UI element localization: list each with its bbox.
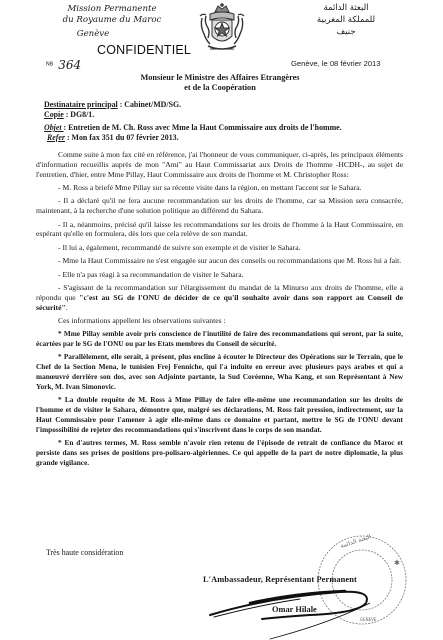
minurso-paragraph: - S'agissant de la recommandation sur l'… (36, 283, 403, 312)
objet-label: Objet (44, 123, 64, 132)
copie-value: : DG8/1. (64, 110, 94, 119)
reference-number-value: 364 (58, 58, 81, 72)
minurso-quote: "c'est au SG de l'ONU de décider de ce q… (36, 293, 403, 312)
meta-block: Destinataire principal : Cabinet/MD/SG. … (44, 100, 342, 143)
reference-prefix: NB (46, 62, 53, 68)
mission-header-arabic: البعثة الدائمة للمملكة المغربية جنيف (286, 2, 406, 38)
moroccan-coat-of-arms-icon (196, 2, 248, 54)
destinataire-row: Destinataire principal : Cabinet/MD/SG. (44, 100, 342, 110)
mission-header-french: Mission Permanente du Royaume du Maroc G… (52, 4, 172, 40)
observation-paragraph: * La double requête de M. Ross à Mme Pil… (36, 395, 403, 434)
mission-line-2: du Royaume du Maroc (52, 15, 172, 26)
objet-row: Objet : Entretien de M. Ch. Ross avec Mm… (44, 123, 342, 133)
point-paragraph: - Il a déclaré qu'il ne fera aucune reco… (36, 196, 403, 216)
observations-intro: Ces informations appellent les observati… (36, 316, 403, 326)
refer-value: : Mon fax 351 du 07 février 2013. (65, 133, 179, 142)
addressee-line-1: Monsieur le Ministre des Affaires Etrang… (100, 73, 340, 83)
mission-line-1: Mission Permanente (52, 4, 172, 15)
point-paragraph: - Mme la Haut Commissaire ne s'est engag… (36, 256, 403, 266)
arabic-line-3: جنيف (286, 26, 406, 38)
addressee-line-2: et de la Coopération (100, 83, 340, 93)
classification-label: CONFIDENTIEL (97, 43, 191, 57)
mission-city: Genève (14, 29, 172, 40)
point-paragraph: - Il a, néanmoins, précisé qu'il laisse … (36, 220, 403, 240)
destinataire-value: : Cabinet/MD/SG. (118, 100, 181, 109)
document-date: Genève, le 08 février 2013 (291, 59, 381, 68)
copie-label: Copie (44, 110, 64, 119)
handwritten-signature (200, 575, 370, 640)
refer-label: Refer (47, 133, 65, 142)
copie-row: Copie : DG8/1. (44, 110, 342, 120)
arabic-line-1: البعثة الدائمة (286, 2, 406, 14)
minurso-post: . (66, 303, 68, 312)
point-paragraph: - Il lui a, également, recommandé de sui… (36, 243, 403, 253)
letter-body: Comme suite à mon fax cité en référence,… (36, 150, 403, 471)
svg-text:✱: ✱ (394, 559, 400, 567)
destinataire-label: Destinataire principal (44, 100, 118, 109)
closing-formula: Très haute considération (46, 548, 123, 557)
observation-paragraph: * Parallèlement, elle serait, à présent,… (36, 352, 403, 391)
point-paragraph: - M. Ross a briefé Mme Pillay sur sa réc… (36, 183, 403, 193)
point-paragraph: - Elle n'a pas réagi à sa recommandation… (36, 270, 403, 280)
arabic-line-2: للمملكة المغربية (286, 14, 406, 26)
svg-text:البعثة الدائمة: البعثة الدائمة (340, 533, 373, 550)
observation-paragraph: * Mme Pillay semble avoir pris conscienc… (36, 329, 403, 349)
intro-paragraph: Comme suite à mon fax cité en référence,… (36, 150, 403, 179)
reference-number: NB 364 (46, 54, 81, 73)
objet-value: : Entretien de M. Ch. Ross avec Mme la H… (64, 123, 342, 132)
observation-paragraph: * En d'autres termes, M. Ross semble n'a… (36, 438, 403, 467)
fax-document: Mission Permanente du Royaume du Maroc G… (0, 0, 443, 640)
addressee: Monsieur le Ministre des Affaires Etrang… (100, 73, 340, 93)
refer-row: Refer : Mon fax 351 du 07 février 2013. (47, 133, 342, 143)
